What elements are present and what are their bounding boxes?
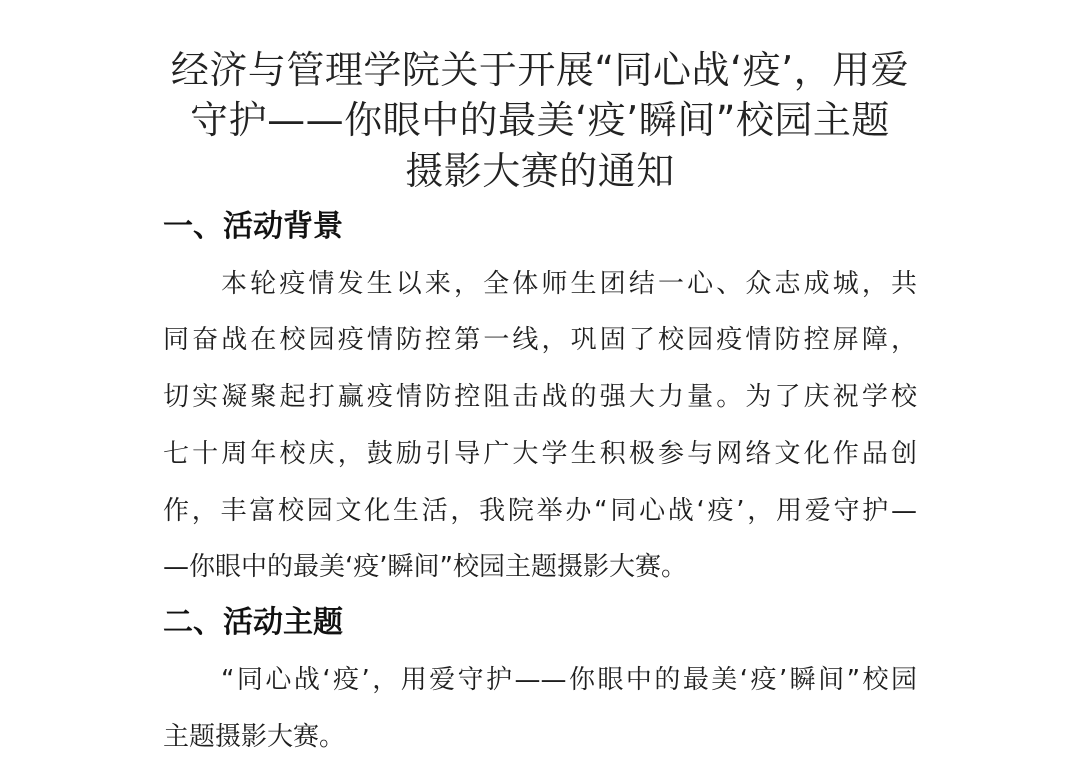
section-heading-theme: 二、活动主题 bbox=[163, 603, 343, 643]
body-line: 本轮疫情发生以来，全体师生团结一心、众志成城，共 bbox=[221, 266, 917, 302]
title-line-3: 摄影大赛的通知 bbox=[0, 146, 1080, 196]
body-line: “同心战‘疫’，用爱守护——你眼中的最美‘疫’瞬间”校园 bbox=[221, 662, 917, 698]
section-heading-background: 一、活动背景 bbox=[163, 207, 343, 247]
body-line: 七十周年校庆，鼓励引导广大学生积极参与网络文化作品创 bbox=[163, 436, 917, 472]
body-line: —你眼中的最美‘疫’瞬间”校园主题摄影大赛。 bbox=[163, 549, 917, 585]
title-line-1: 经济与管理学院关于开展“同心战‘疫’，用爱 bbox=[0, 45, 1080, 95]
body-line: 切实凝聚起打赢疫情防控阻击战的强大力量。为了庆祝学校 bbox=[163, 379, 917, 415]
body-line: 主题摄影大赛。 bbox=[163, 719, 917, 755]
title-line-2: 守护——你眼中的最美‘疫’瞬间”校园主题 bbox=[0, 95, 1080, 145]
notice-document: 经济与管理学院关于开展“同心战‘疫’，用爱 守护——你眼中的最美‘疫’瞬间”校园… bbox=[0, 0, 1080, 772]
body-line: 同奋战在校园疫情防控第一线，巩固了校园疫情防控屏障， bbox=[163, 322, 917, 358]
body-line: 作，丰富校园文化生活，我院举办“同心战‘疫’，用爱守护— bbox=[163, 493, 917, 529]
